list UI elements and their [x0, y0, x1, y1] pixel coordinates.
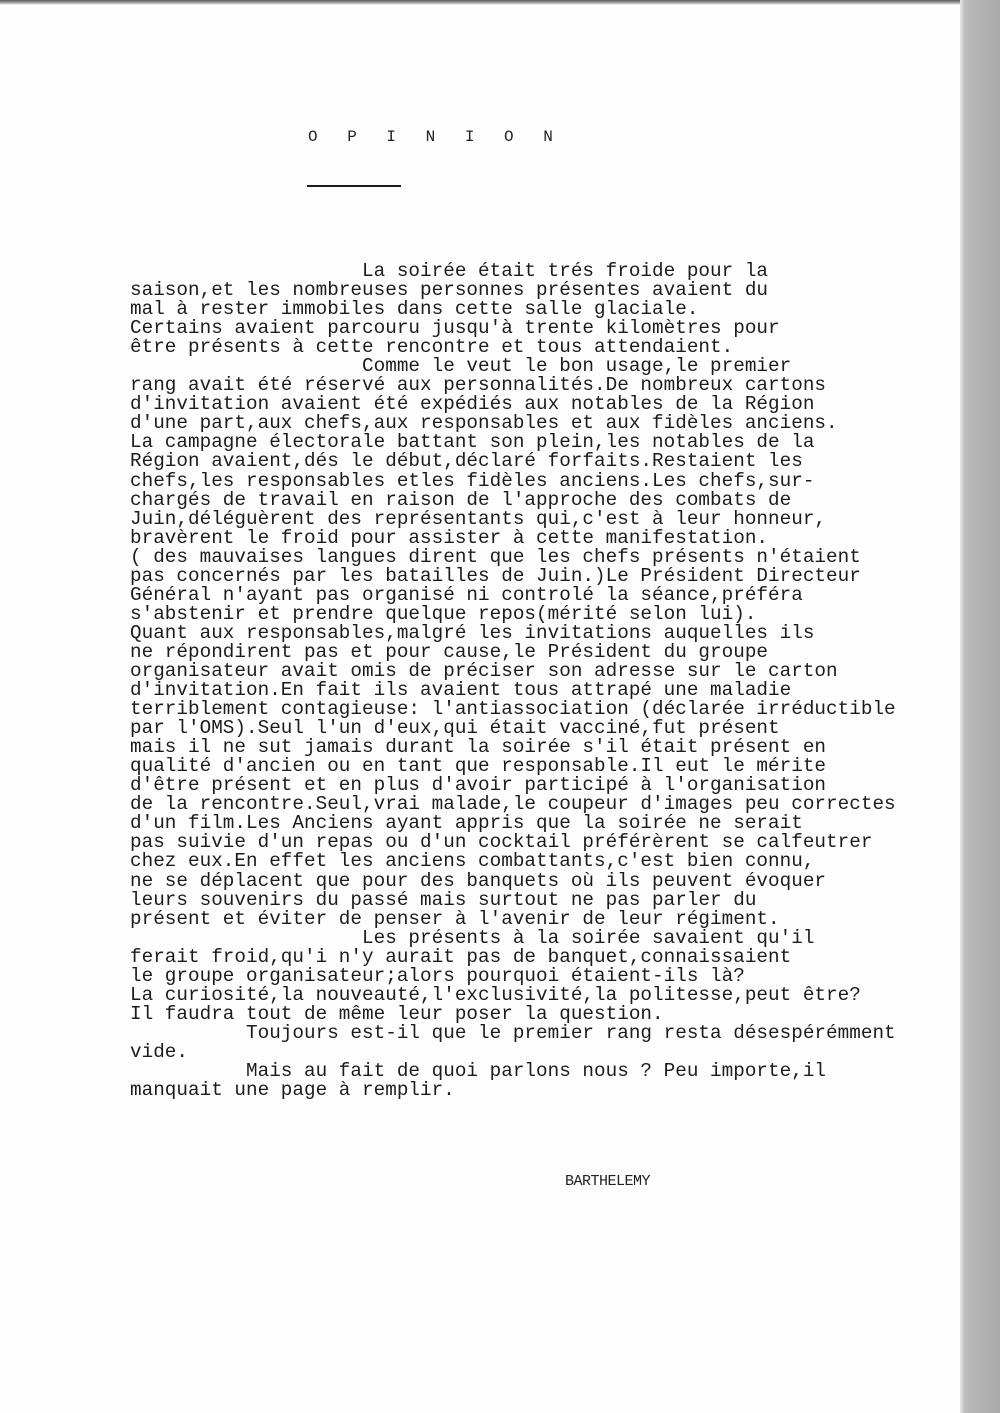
text-line: Les présents à la soirée savaient qu'il: [130, 929, 896, 948]
text-line: chefs,les responsables etles fidèles anc…: [130, 472, 896, 491]
text-line: bravèrent le froid pour assister à cette…: [130, 529, 896, 548]
text-line: leurs souvenirs du passé mais surtout ne…: [130, 891, 896, 910]
text-line: pas concernés par les batailles de Juin.…: [130, 567, 896, 586]
text-line: Juin,déléguèrent des représentants qui,c…: [130, 510, 896, 529]
scan-top-edge: [0, 0, 1000, 5]
author-signature: BARTHELEMY: [565, 1173, 650, 1190]
text-line: Toujours est-il que le premier rang rest…: [130, 1024, 896, 1043]
page-title: O P I N I O N: [308, 128, 563, 146]
text-line: Région avaient,dés le début,déclaré forf…: [130, 452, 896, 471]
text-line: ne se déplacent que pour des banquets où…: [130, 872, 896, 891]
article-body: La soirée était trés froide pour lasaiso…: [130, 262, 896, 1100]
text-line: le groupe organisateur;alors pourquoi ét…: [130, 967, 896, 986]
text-line: manquait une page à remplir.: [130, 1081, 896, 1100]
scan-right-edge-shadow: [960, 0, 1000, 1413]
text-line: chez eux.En effet les anciens combattant…: [130, 852, 896, 871]
text-line: La curiosité,la nouveauté,l'exclusivité,…: [130, 986, 896, 1005]
title-underline: [307, 185, 401, 187]
text-line: ferait froid,qu'i n'y aurait pas de banq…: [130, 948, 896, 967]
text-line: Général n'ayant pas organisé ni controlé…: [130, 586, 896, 605]
text-line: chargés de travail en raison de l'approc…: [130, 491, 896, 510]
text-line: ( des mauvaises langues dirent que les c…: [130, 548, 896, 567]
text-line: présent et éviter de penser à l'avenir d…: [130, 910, 896, 929]
typed-page: O P I N I O N La soirée était trés froid…: [0, 0, 962, 1413]
